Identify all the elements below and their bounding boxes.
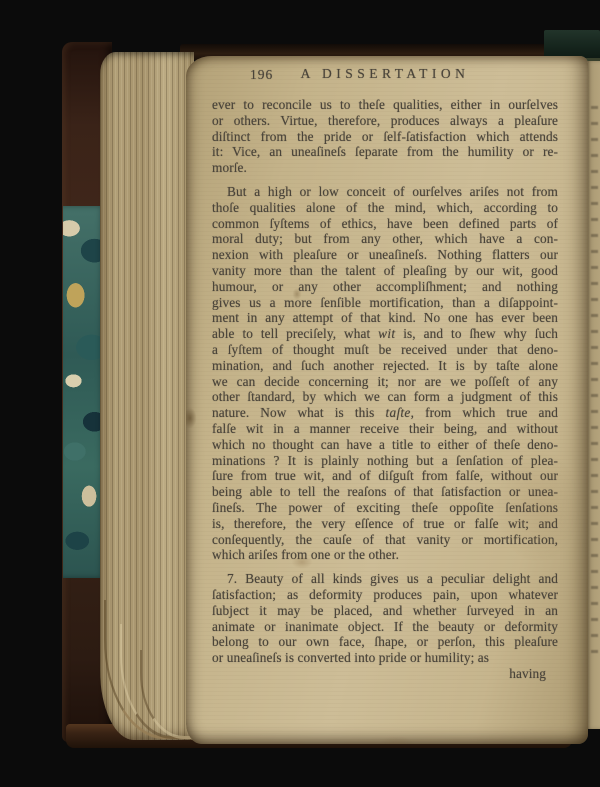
text-line: is, therefore, the very eſſence of true …	[212, 516, 558, 532]
text-line: 7. Beauty of all kinds gives us a peculi…	[212, 571, 558, 587]
text-line: ever to reconcile us to theſe qualities,…	[212, 97, 558, 113]
text-line: moral duty; but from any other, which ha…	[212, 231, 558, 247]
paragraph: ever to reconcile us to theſe qualities,…	[212, 97, 558, 176]
text-line: ſubject it may be placed, and whether ſu…	[212, 603, 558, 619]
text-line: or others. Virtue, therefore, produces a…	[212, 113, 558, 129]
page-number: 196	[250, 67, 273, 83]
text-line: ſatisfaction; as deformity produces pain…	[212, 587, 558, 603]
text-line: falſe wit in a manner receive their bein…	[212, 421, 558, 437]
page-edges-stack	[100, 52, 194, 740]
text-line: morſe.	[212, 160, 558, 176]
text-line: it: Vice, an uneaſineſs ſeparate from th…	[212, 144, 558, 160]
text-line: belong to our own face, ſhape, or perſon…	[212, 634, 558, 650]
text-line: ment in any attempt of that kind. No one…	[212, 310, 558, 326]
text-line: nexion with pleaſure or uneaſineſs. Noth…	[212, 247, 558, 263]
text-line: ſineſs. The power of exciting theſe oppo…	[212, 500, 558, 516]
text-line: other ſtandard, by which we can form a j…	[212, 389, 558, 405]
text-line: able to tell preciſely, what wit is, and…	[212, 326, 558, 342]
text-line: ſure from true wit, and of diſguſt from …	[212, 468, 558, 484]
text-line: gives us a more ſenſible mortification, …	[212, 295, 558, 311]
running-title: A DISSERTATION	[301, 66, 470, 82]
marbled-endpaper	[63, 206, 105, 578]
text-line: minations ? It is plainly nothing but a …	[212, 453, 558, 469]
text-body: ever to reconcile us to theſe qualities,…	[212, 97, 558, 666]
paragraph: But a high or low conceit of ourſelves a…	[212, 184, 558, 563]
text-line: nature. Now what is this taſte, from whi…	[212, 405, 558, 421]
paragraph: 7. Beauty of all kinds gives us a peculi…	[212, 571, 558, 666]
book-page: 196 A DISSERTATION ever to reconcile us …	[186, 56, 588, 744]
printed-text-area: 196 A DISSERTATION ever to reconcile us …	[212, 64, 558, 682]
catchword: having	[212, 666, 558, 682]
page-header: 196 A DISSERTATION	[212, 66, 558, 86]
text-line: a ſyſtem of thought muſt be received und…	[212, 342, 558, 358]
text-line: we can decide concerning it; nor are we …	[212, 374, 558, 390]
photo-background: 196 A DISSERTATION ever to reconcile us …	[0, 0, 600, 787]
text-line: which ariſes from one or the other.	[212, 547, 558, 563]
blurred-facing-text	[591, 101, 598, 661]
text-line: diſtinct from the pride or ſelf-ſatisfac…	[212, 129, 558, 145]
text-line: thoſe qualities alone of the mind, which…	[212, 200, 558, 216]
text-line: which no thought can have a title to eit…	[212, 437, 558, 453]
text-line: or uneaſineſs is converted into pride or…	[212, 650, 558, 666]
text-line: animate or inanimate object. If the beau…	[212, 619, 558, 635]
text-line: common ſyſtems of ethics, have been defi…	[212, 216, 558, 232]
text-line: conſequently, the cauſe of that vanity o…	[212, 532, 558, 548]
text-line: humour, or any other accompliſhment; and…	[212, 279, 558, 295]
text-line: mination, and ſuch another rejected. It …	[212, 358, 558, 374]
text-line: vanity more than the talent of pleaſing …	[212, 263, 558, 279]
text-line: But a high or low conceit of ourſelves a…	[212, 184, 558, 200]
text-line: being able to tell the reaſons of that ſ…	[212, 484, 558, 500]
